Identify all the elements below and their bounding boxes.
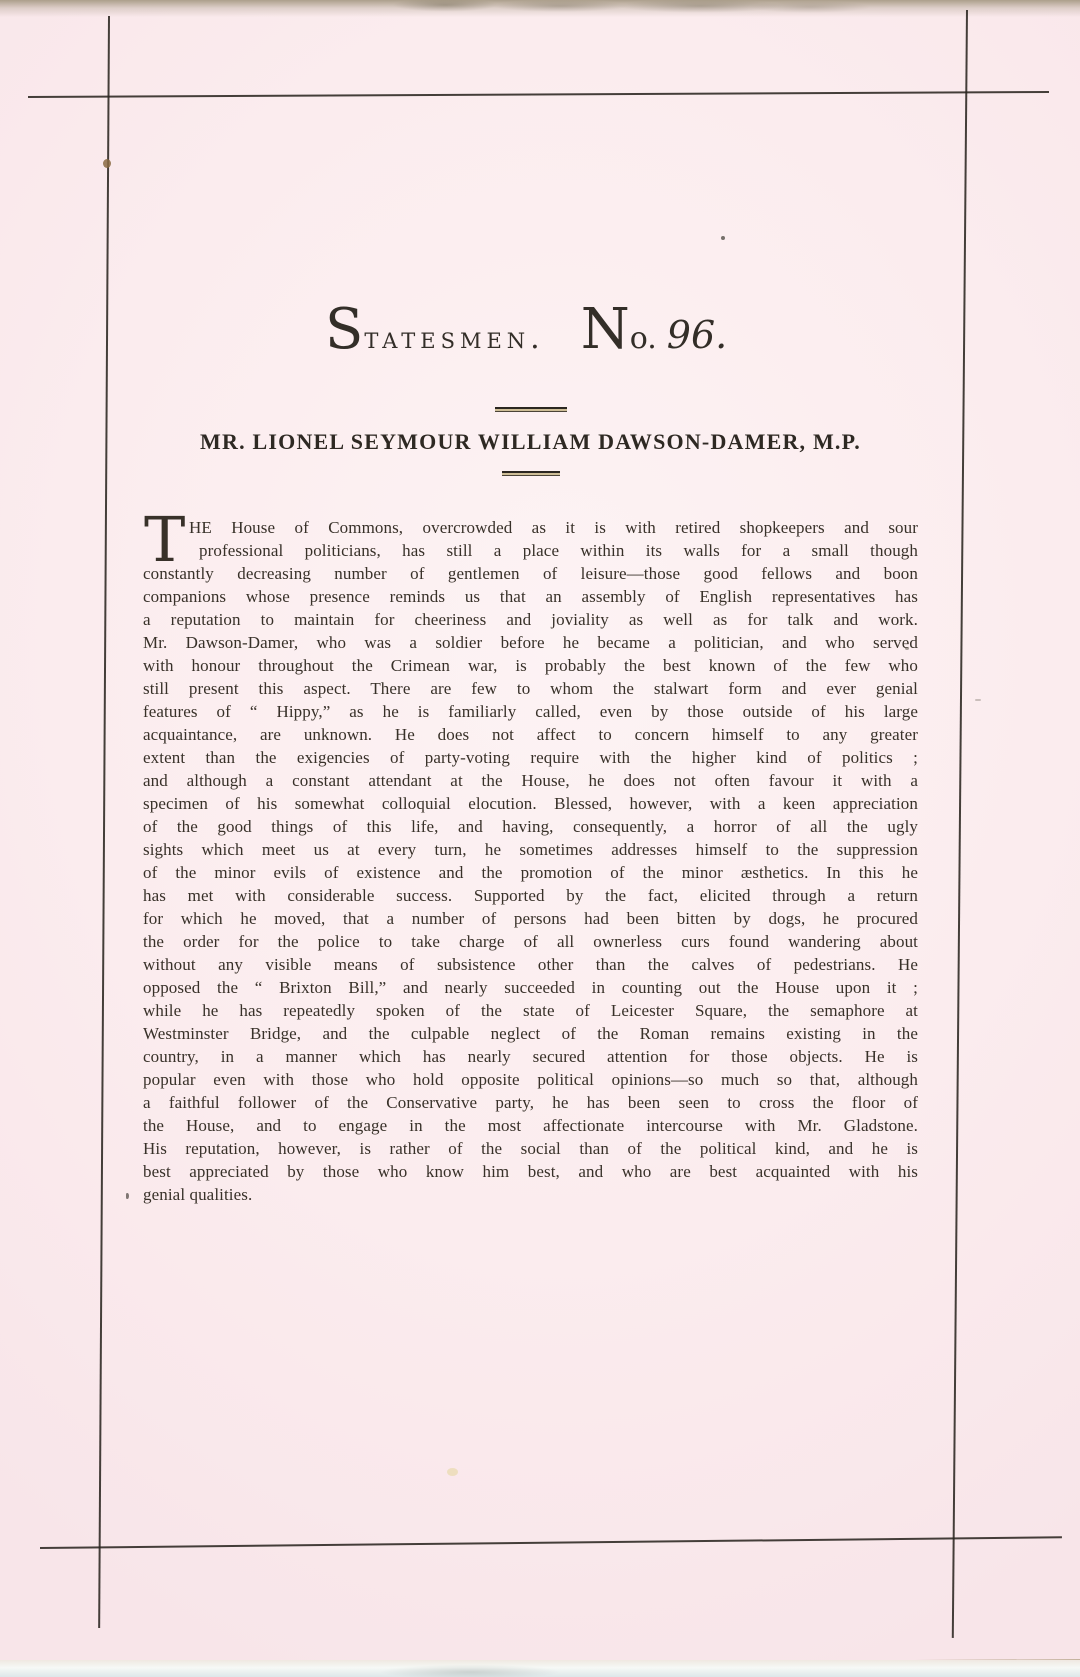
body-line: with honour throughout the Crimean war, …: [143, 654, 918, 677]
body-line: of the good things of this life, and hav…: [143, 815, 918, 838]
page-content: Statesmen. No.96. MR. LIONEL SEYMOUR WIL…: [143, 0, 918, 1677]
paper-stain: [447, 1468, 458, 1476]
body-line: best appreciated by those who know him b…: [143, 1160, 918, 1183]
body-line: genial qualities.: [143, 1183, 918, 1206]
body-line: country, in a manner which has nearly se…: [143, 1045, 918, 1068]
ornament-rule-upper: [495, 407, 567, 412]
paper-speck: [905, 647, 909, 650]
body-line: while he has repeatedly spoken of the st…: [143, 999, 918, 1022]
series-number-initial: N: [581, 302, 630, 358]
body-line: has met with considerable success. Suppo…: [143, 884, 918, 907]
body-line: still present this aspect. There are few…: [143, 677, 918, 700]
body-line: HE House of Commons, overcrowded as it i…: [143, 516, 918, 539]
body-line: companions whose presence reminds us tha…: [143, 585, 918, 608]
body-line: the order for the police to take charge …: [143, 930, 918, 953]
article-heading: MR. LIONEL SEYMOUR WILLIAM DAWSON-DAMER,…: [143, 429, 918, 455]
paper-speck: [126, 1193, 129, 1199]
series-number: No.96.: [581, 302, 728, 358]
paper-speck: [975, 699, 981, 701]
body-line: a reputation to maintain for cheeriness …: [143, 608, 918, 631]
series-title-rest: tatesmen.: [364, 321, 544, 356]
frame-rule-left: [98, 16, 110, 1628]
series-title-row: Statesmen. No.96.: [325, 302, 727, 358]
body-line: popular even with those who hold opposit…: [143, 1068, 918, 1091]
body-line: extent than the exigencies of party-voti…: [143, 746, 918, 769]
body-line: sights which meet us at every turn, he s…: [143, 838, 918, 861]
paper-speck: [721, 236, 725, 240]
body-line: the House, and to engage in the most aff…: [143, 1114, 918, 1137]
body-line: Westminster Bridge, and the culpable neg…: [143, 1022, 918, 1045]
frame-rule-right: [952, 10, 968, 1638]
body-line: His reputation, however, is rather of th…: [143, 1137, 918, 1160]
body-line: professional politicians, has still a pl…: [143, 539, 918, 562]
body-line: for which he moved, that a number of per…: [143, 907, 918, 930]
body-line: constantly decreasing number of gentleme…: [143, 562, 918, 585]
series-number-value: 96.: [667, 313, 727, 357]
article-body: HE House of Commons, overcrowded as it i…: [143, 516, 918, 1206]
body-line: opposed the “ Brixton Bill,” and nearly …: [143, 976, 918, 999]
scan-bottom-edge: [0, 1660, 1080, 1677]
body-line: Mr. Dawson-Damer, who was a soldier befo…: [143, 631, 918, 654]
body-line: a faithful follower of the Conservative …: [143, 1091, 918, 1114]
body-line: specimen of his somewhat colloquial eloc…: [143, 792, 918, 815]
series-title: Statesmen.: [325, 302, 545, 358]
body-line: acquaintance, are unknown. He does not a…: [143, 723, 918, 746]
body-line: without any visible means of subsistence…: [143, 953, 918, 976]
scanned-document-page: Statesmen. No.96. MR. LIONEL SEYMOUR WIL…: [0, 0, 1080, 1677]
body-line: and although a constant attendant at the…: [143, 769, 918, 792]
body-line: of the minor evils of existence and the …: [143, 861, 918, 884]
series-title-initial: S: [325, 302, 363, 358]
paper-speck: [103, 159, 111, 168]
series-number-rest: o.: [630, 321, 657, 356]
ornament-rule-lower: [502, 471, 560, 476]
body-line: features of “ Hippy,” as he is familiarl…: [143, 700, 918, 723]
